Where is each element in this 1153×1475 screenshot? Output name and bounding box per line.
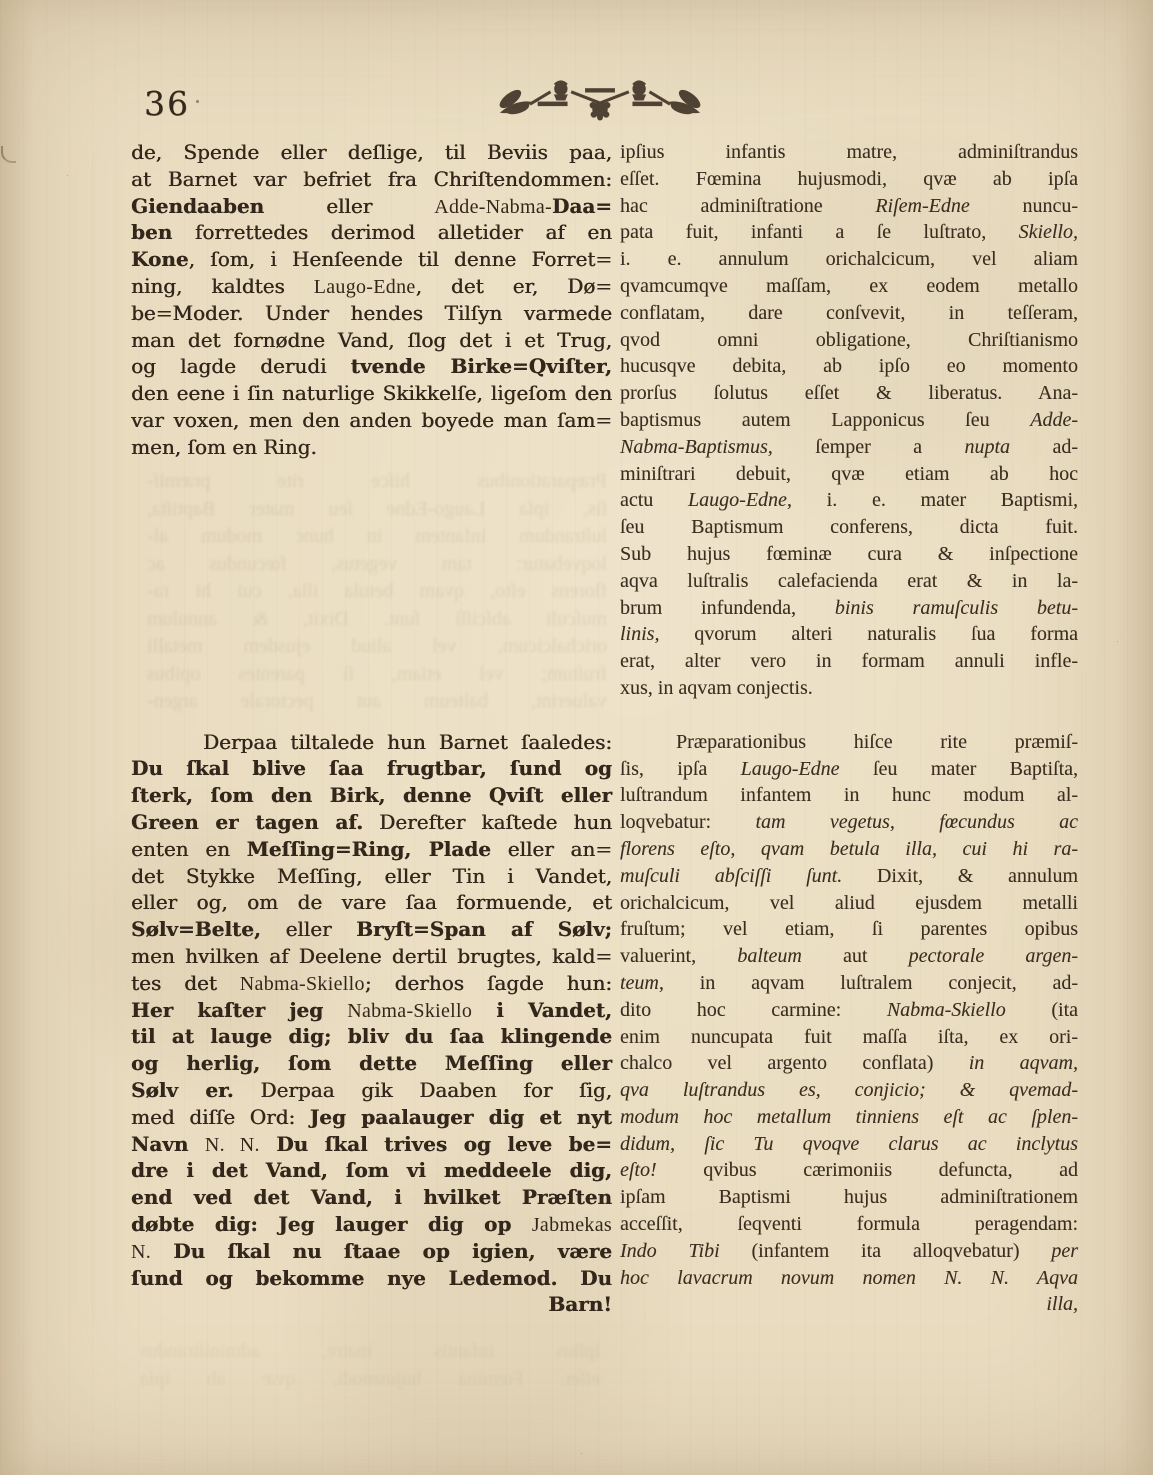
text-segment: eſſet. Fœmina hujusmodi, qvæ ab ipſa xyxy=(620,168,1078,190)
text-line: eſſet. Fœmina hujusmodi, qvæ ab ipſa xyxy=(620,166,1078,193)
text-segment: Her kaſter jeg xyxy=(131,998,347,1022)
text-segment: Giendaaben xyxy=(131,194,264,218)
text-line: man det fornødne Vand, ſlog det i et Tru… xyxy=(131,327,612,354)
text-segment: Riſem-Edne xyxy=(875,195,969,217)
text-line: ſis, ipſa Laugo-Edne ſeu mater Baptiſta, xyxy=(620,756,1078,783)
text-line: Kone, ſom, i Henſeende til denne Forret= xyxy=(131,246,612,273)
text-line: pata fuit, infanti a ſe luſtrato, Skiell… xyxy=(620,219,1078,246)
danish-text-column: de, Spende eller deſlige, til Beviis paa… xyxy=(131,139,612,1318)
text-line: muſculi abſciſſi ſunt. Dixit, & annulum xyxy=(620,863,1078,890)
text-segment: ſterk, ſom den Birk, denne Qviſt eller xyxy=(131,783,612,807)
text-segment: ſeu Baptismum conferens, dicta fuit. xyxy=(620,516,1078,538)
text-line: Her kaſter jeg Nabma-Skiello i Vandet, xyxy=(131,997,612,1024)
text-segment: hucusqve debita, ab ipſo eo momento xyxy=(620,355,1078,377)
text-segment: til at lauge dig; bliv du ſaa klingende xyxy=(131,1024,612,1048)
text-segment: erat, alter vero in formam annuli infle- xyxy=(620,650,1078,672)
text-line: enten en Meſſing=Ring, Plade eller an= xyxy=(131,836,612,863)
text-segment: end ved det Vand, i hvilket Præſten xyxy=(131,1185,612,1209)
text-line: conflatam, dare conſvevit, in teſſeram, xyxy=(620,300,1078,327)
text-segment: miniſtrari debuit, qvæ etiam ab hoc xyxy=(620,463,1078,485)
text-line: Green er tagen af. Derefter kaſtede hun xyxy=(131,809,612,836)
text-segment: balteum xyxy=(737,945,801,967)
text-segment: Derpaa gik Daaben for ſig, xyxy=(234,1078,612,1102)
text-segment: (ita xyxy=(1006,999,1078,1021)
text-segment: ; derhos ſagde hun: xyxy=(365,971,612,995)
text-segment: den eene i ſin naturlige Skikkelſe, lige… xyxy=(131,381,612,405)
text-segment: Adde- xyxy=(1030,409,1078,431)
text-line: qvod omni obligatione, Chriſtianismo xyxy=(620,327,1078,354)
text-segment: ſemper a xyxy=(773,436,965,458)
text-segment: Dixit, & annulum xyxy=(842,865,1078,887)
text-line: Barn! xyxy=(131,1291,612,1318)
text-segment: med diſſe Ord: xyxy=(131,1105,310,1129)
text-segment: enim nuncupata fuit maſſa iſta, ex ori- xyxy=(620,1026,1078,1048)
text-segment: eller xyxy=(264,194,434,218)
text-segment: Laugo-Edne xyxy=(314,276,416,298)
text-segment: binis ramuſculis betu- xyxy=(835,597,1078,619)
text-segment: Laugo-Edne xyxy=(741,758,840,780)
text-segment: N. xyxy=(131,1241,151,1263)
text-line: hucusqve debita, ab ipſo eo momento xyxy=(620,353,1078,380)
text-segment: Indo Tibi xyxy=(620,1240,720,1262)
text-segment: pata fuit, infanti a ſe luſtrato, xyxy=(620,221,1019,243)
text-line: end ved det Vand, i hvilket Præſten xyxy=(131,1184,612,1211)
text-line: i. e. annulum orichalcicum, vel aliam xyxy=(620,246,1078,273)
text-segment: valuerint, xyxy=(620,945,737,967)
text-segment: brum infundenda, xyxy=(620,597,835,619)
text-segment: Sølv=Belte, xyxy=(131,917,261,941)
text-segment: Du ſkal blive ſaa frugtbar, ſund og xyxy=(131,756,612,780)
text-line: aqva luſtralis calefacienda erat & in la… xyxy=(620,568,1078,595)
text-line: ſterk, ſom den Birk, denne Qviſt eller xyxy=(131,782,612,809)
headpiece-ornament-icon xyxy=(497,77,703,121)
text-segment: Nabma-Skiello xyxy=(240,973,365,995)
text-segment: i. e. annulum orichalcicum, vel aliam xyxy=(620,248,1078,270)
text-segment: Green er tagen af. xyxy=(131,810,363,834)
paper-speck xyxy=(196,100,199,103)
text-segment: de, Spende eller deſlige, til Beviis paa… xyxy=(131,140,612,164)
text-segment: loqvebatur: xyxy=(620,811,755,833)
text-segment: modum hoc metallum tinniens eſt ac ſplen… xyxy=(620,1106,1078,1128)
text-segment: ad- xyxy=(1010,436,1078,458)
showthrough-line: ipſius infantis matre, adminiſtrandus xyxy=(140,1338,600,1366)
text-segment: illa, xyxy=(1046,1293,1078,1315)
text-line: de, Spende eller deſlige, til Beviis paa… xyxy=(131,139,612,166)
text-segment: var voxen, men den anden boyede man ſam= xyxy=(131,408,612,432)
text-line: acceſſit, ſeqventi formula peragendam: xyxy=(620,1211,1078,1238)
text-segment: forrettedes derimod alletider af en xyxy=(172,220,612,244)
text-line: brum infundenda, binis ramuſculis betu- xyxy=(620,595,1078,622)
text-segment: Nabma-Skiello xyxy=(887,999,1006,1021)
text-segment: Daa= xyxy=(552,194,612,218)
text-line: ſund og bekomme nye Ledemod. Du xyxy=(131,1265,612,1292)
text-segment: acceſſit, ſeqventi formula peragendam: xyxy=(620,1213,1078,1235)
page-showthrough: ipſius infantis matre, adminiſtranduseſſ… xyxy=(140,1338,600,1394)
text-line: florens eſto, qvam betula illa, cui hi r… xyxy=(620,836,1078,863)
text-segment: nuncu- xyxy=(970,195,1078,217)
text-line: illa, xyxy=(620,1291,1078,1318)
text-line: xus, in aqvam conjectis. xyxy=(620,675,1078,702)
text-line: Sølv er. Derpaa gik Daaben for ſig, xyxy=(131,1077,612,1104)
text-line: linis, qvorum alteri naturalis ſua forma xyxy=(620,621,1078,648)
paper-mark xyxy=(1,146,16,163)
text-segment: dre i det Vand, ſom vi meddeele dig, xyxy=(131,1158,612,1182)
text-line: eſto! qvibus cærimoniis defuncta, ad xyxy=(620,1157,1078,1184)
text-segment: ſeu mater Baptiſta, xyxy=(840,758,1078,780)
text-line: loqvebatur: tam vegetus, fœcundus ac xyxy=(620,809,1078,836)
text-line: den eene i ſin naturlige Skikkelſe, lige… xyxy=(131,380,612,407)
text-line: var voxen, men den anden boyede man ſam= xyxy=(131,407,612,434)
text-line: fruſtum; vel etiam, ſi parentes opibus xyxy=(620,916,1078,943)
text-segment: Sub hujus fœminæ cura & inſpectione xyxy=(620,543,1078,565)
text-segment: dito hoc carmine: xyxy=(620,999,887,1021)
text-segment: , ſom, i Henſeende til denne Forret= xyxy=(189,247,612,271)
text-segment: Laugo-Edne, xyxy=(688,489,792,511)
text-segment: , det er, Dø= xyxy=(416,274,612,298)
text-line: orichalcicum, vel aliud ejusdem metalli xyxy=(620,890,1078,917)
text-segment: N. N. xyxy=(205,1134,260,1156)
text-line: qva luſtrandus es, conjicio; & qvemad- xyxy=(620,1077,1078,1104)
text-line: ipſius infantis matre, adminiſtrandus xyxy=(620,139,1078,166)
text-line: Nabma-Baptismus, ſemper a nupta ad- xyxy=(620,434,1078,461)
text-segment: qvorum alteri naturalis ſua forma xyxy=(659,623,1078,645)
text-line: Navn N. N. Du ſkal trives og leve be= xyxy=(131,1131,612,1158)
text-segment: qva luſtrandus es, conjicio; & qvemad- xyxy=(620,1079,1078,1101)
text-segment: i Vandet, xyxy=(472,998,612,1022)
text-line: modum hoc metallum tinniens eſt ac ſplen… xyxy=(620,1104,1078,1131)
text-segment: qvibus cærimoniis defuncta, ad xyxy=(657,1159,1078,1181)
text-segment: didum, ſic Tu qvoqve clarus ac inclytus xyxy=(620,1133,1078,1155)
text-line: Derpaa tiltalede hun Barnet ſaaledes: xyxy=(131,729,612,756)
text-segment: eller og, om de vare ſaa formuende, et xyxy=(131,890,612,914)
text-line: be=Moder. Under hendes Tilſyn varmede xyxy=(131,300,612,327)
text-segment: orichalcicum, vel aliud ejusdem metalli xyxy=(620,892,1078,914)
text-line: Sub hujus fœminæ cura & inſpectione xyxy=(620,541,1078,568)
text-line: dre i det Vand, ſom vi meddeele dig, xyxy=(131,1157,612,1184)
text-segment: og lagde derudi xyxy=(131,354,351,378)
text-segment: tes det xyxy=(131,971,240,995)
text-segment: Bryſt=Span af Sølv; xyxy=(356,917,612,941)
text-segment: enten en xyxy=(131,837,247,861)
text-segment: man det fornødne Vand, ſlog det i et Tru… xyxy=(131,328,612,352)
text-line: chalco vel argento conflata) in aqvam, xyxy=(620,1050,1078,1077)
text-segment: Du ſkal trives og leve be= xyxy=(260,1132,612,1156)
text-segment: ſis, ipſa xyxy=(620,758,741,780)
paragraph: ipſius infantis matre, adminiſtranduseſſ… xyxy=(620,139,1078,702)
text-segment: Kone xyxy=(131,247,189,271)
text-segment: (infantem ita alloqvebatur) xyxy=(720,1240,1052,1262)
text-segment: Præparationibus hiſce rite præmiſ- xyxy=(676,731,1078,753)
text-segment: teum, xyxy=(620,972,664,994)
text-segment: muſculi abſciſſi ſunt. xyxy=(620,865,842,887)
text-segment: linis, xyxy=(620,623,659,645)
text-segment: in aqvam, xyxy=(969,1052,1078,1074)
text-line: Sølv=Belte, eller Bryſt=Span af Sølv; xyxy=(131,916,612,943)
text-segment: Skiello, xyxy=(1019,221,1078,243)
text-segment: ſund og bekomme nye Ledemod. Du xyxy=(131,1266,612,1290)
text-segment: døbte dig: Jeg lauger dig op xyxy=(131,1212,532,1236)
text-segment: pectorale argen- xyxy=(909,945,1078,967)
text-line: til at lauge dig; bliv du ſaa klingende xyxy=(131,1023,612,1050)
text-segment: Jabmekas xyxy=(532,1214,612,1236)
text-line: at Barnet var befriet fra Chriſtendommen… xyxy=(131,166,612,193)
text-line: Indo Tibi (infantem ita alloqvebatur) pe… xyxy=(620,1238,1078,1265)
text-segment: qvamcumqve maſſam, ex eodem metallo xyxy=(620,275,1078,297)
text-segment: Derpaa tiltalede hun Barnet ſaaledes: xyxy=(203,730,612,754)
text-line: ipſam Baptismi hujus adminiſtrationem xyxy=(620,1184,1078,1211)
text-line: tes det Nabma-Skiello; derhos ſagde hun: xyxy=(131,970,612,997)
text-segment: Adde-Nabma- xyxy=(434,196,552,218)
text-line: eller og, om de vare ſaa formuende, et xyxy=(131,889,612,916)
text-segment: aqva luſtralis calefacienda erat & in la… xyxy=(620,570,1078,592)
text-segment: hoc lavacrum novum nomen N. N. Aqva xyxy=(620,1267,1078,1289)
text-segment: Du ſkal nu ſtaae op igien, være xyxy=(151,1239,612,1263)
paragraph: de, Spende eller deſlige, til Beviis paa… xyxy=(131,139,612,461)
text-segment: luſtrandum infantem in hunc modum al- xyxy=(620,784,1078,806)
text-segment: Nabma-Skiello xyxy=(347,1000,472,1022)
text-segment: Navn xyxy=(131,1132,205,1156)
text-line: N. Du ſkal nu ſtaae op igien, være xyxy=(131,1238,612,1265)
text-line: ſeu Baptismum conferens, dicta fuit. xyxy=(620,514,1078,541)
text-segment: aut xyxy=(802,945,909,967)
text-segment: Nabma-Baptismus, xyxy=(620,436,773,458)
paragraph: Præparationibus hiſce rite præmiſ-ſis, i… xyxy=(620,729,1078,1319)
text-segment: ipſam Baptismi hujus adminiſtrationem xyxy=(620,1186,1078,1208)
text-line: teum, in aqvam luſtralem conjecit, ad- xyxy=(620,970,1078,997)
text-line: Du ſkal blive ſaa frugtbar, ſund og xyxy=(131,755,612,782)
text-segment: eller xyxy=(261,917,356,941)
text-line: ning, kaldtes Laugo-Edne, det er, Dø= xyxy=(131,273,612,300)
text-line: ben forrettedes derimod alletider af en xyxy=(131,219,612,246)
text-segment: Sølv er. xyxy=(131,1078,234,1102)
text-line: luſtrandum infantem in hunc modum al- xyxy=(620,782,1078,809)
text-line: actu Laugo-Edne, i. e. mater Baptismi, xyxy=(620,487,1078,514)
text-line: Præparationibus hiſce rite præmiſ- xyxy=(620,729,1078,756)
text-segment: tvende Birke=Qviſter, xyxy=(351,354,612,378)
text-segment: tam vegetus, fœcundus ac xyxy=(755,811,1078,833)
text-segment: Derefter kaſtede hun xyxy=(363,810,612,834)
text-line: døbte dig: Jeg lauger dig op Jabmekas xyxy=(131,1211,612,1238)
book-page: 36 xyxy=(0,0,1153,1475)
text-line: det Stykke Meſſing, eller Tin i Vandet, xyxy=(131,863,612,890)
text-segment: Barn! xyxy=(548,1292,612,1316)
text-line: baptismus autem Lapponicus ſeu Adde- xyxy=(620,407,1078,434)
text-line: valuerint, balteum aut pectorale argen- xyxy=(620,943,1078,970)
text-line: didum, ſic Tu qvoqve clarus ac inclytus xyxy=(620,1131,1078,1158)
text-segment: hac adminiſtratione xyxy=(620,195,875,217)
text-segment: men, ſom en Ring. xyxy=(131,435,317,459)
text-line: hoc lavacrum novum nomen N. N. Aqva xyxy=(620,1265,1078,1292)
text-segment: chalco vel argento conflata) xyxy=(620,1052,969,1074)
text-segment: men hvilken af Deelene dertil brugtes, k… xyxy=(131,944,612,968)
text-segment: det Stykke Meſſing, eller Tin i Vandet, xyxy=(131,864,612,888)
showthrough-line: eſſet. Fœmina hujusmodi, qvæ ab ipſa xyxy=(140,1366,600,1394)
text-segment: ipſius infantis matre, adminiſtrandus xyxy=(620,141,1078,163)
text-segment: xus, in aqvam conjectis. xyxy=(620,677,813,699)
text-line: hac adminiſtratione Riſem-Edne nuncu- xyxy=(620,193,1078,220)
text-line: qvamcumqve maſſam, ex eodem metallo xyxy=(620,273,1078,300)
text-segment: actu xyxy=(620,489,688,511)
text-segment: nupta xyxy=(964,436,1010,458)
text-line: men, ſom en Ring. xyxy=(131,434,612,461)
text-segment: ben xyxy=(131,220,172,244)
text-line: erat, alter vero in formam annuli infle- xyxy=(620,648,1078,675)
page-number: 36 xyxy=(144,84,190,123)
text-segment: prorſus ſolutus eſſet & liberatus. Ana- xyxy=(620,382,1078,404)
text-segment: be=Moder. Under hendes Tilſyn varmede xyxy=(131,301,612,325)
text-line: dito hoc carmine: Nabma-Skiello (ita xyxy=(620,997,1078,1024)
text-line: men hvilken af Deelene dertil brugtes, k… xyxy=(131,943,612,970)
text-segment: Meſſing=Ring, Plade xyxy=(247,837,491,861)
text-segment: i. e. mater Baptismi, xyxy=(792,489,1078,511)
text-segment: in aqvam luſtralem conjecit, ad- xyxy=(664,972,1078,994)
text-line: Giendaaben eller Adde-Nabma-Daa= xyxy=(131,193,612,220)
latin-text-column: ipſius infantis matre, adminiſtranduseſſ… xyxy=(620,139,1078,1318)
text-segment: florens eſto, qvam betula illa, cui hi r… xyxy=(620,838,1078,860)
text-line: og herlig, ſom dette Meſſing eller xyxy=(131,1050,612,1077)
text-segment: per xyxy=(1051,1240,1078,1262)
text-line: prorſus ſolutus eſſet & liberatus. Ana- xyxy=(620,380,1078,407)
text-line: miniſtrari debuit, qvæ etiam ab hoc xyxy=(620,461,1078,488)
text-line: enim nuncupata fuit maſſa iſta, ex ori- xyxy=(620,1024,1078,1051)
text-segment: fruſtum; vel etiam, ſi parentes opibus xyxy=(620,918,1078,940)
text-segment: og herlig, ſom dette Meſſing eller xyxy=(131,1051,612,1075)
text-segment: eſto! xyxy=(620,1159,657,1181)
paragraph: Derpaa tiltalede hun Barnet ſaaledes:Du … xyxy=(131,729,612,1319)
text-segment: Jeg paalauger dig et nyt xyxy=(310,1105,612,1129)
text-segment: ning, kaldtes xyxy=(131,274,314,298)
text-segment: conflatam, dare conſvevit, in teſſeram, xyxy=(620,302,1078,324)
text-segment: eller an= xyxy=(491,837,612,861)
text-segment: baptismus autem Lapponicus ſeu xyxy=(620,409,1030,431)
text-segment: at Barnet var befriet fra Chriſtendommen… xyxy=(131,167,612,191)
text-line: med diſſe Ord: Jeg paalauger dig et nyt xyxy=(131,1104,612,1131)
text-line: og lagde derudi tvende Birke=Qviſter, xyxy=(131,353,612,380)
text-segment: qvod omni obligatione, Chriſtianismo xyxy=(620,329,1078,351)
